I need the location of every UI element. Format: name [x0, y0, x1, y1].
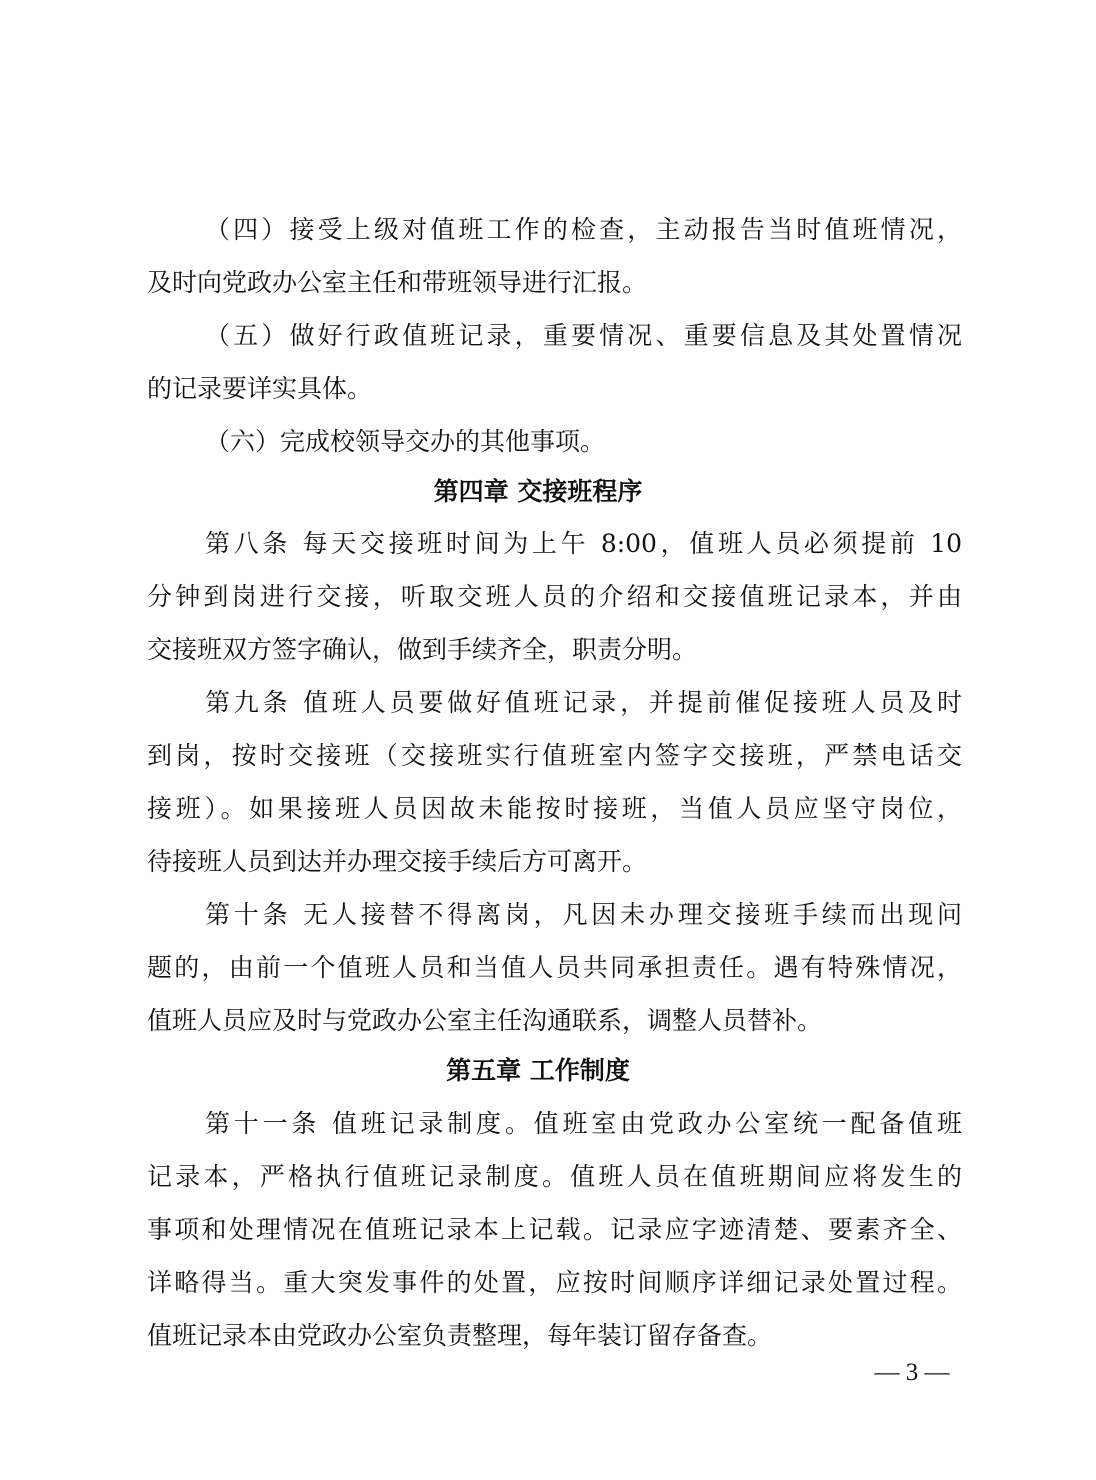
page-number: — 3 —: [852, 1356, 972, 1390]
chapter-heading: 第五章 工作制度: [0, 1054, 1086, 1088]
paragraph-line: 第十一条 值班记录制度。值班室由党政办公室统一配备值班: [205, 1107, 962, 1141]
chapter-heading: 第四章 交接班程序: [0, 475, 1086, 509]
paragraph-line: 第十条 无人接替不得离岗，凡因未办理交接班手续而出现问: [205, 898, 962, 932]
paragraph-line: 的记录要详实具体。: [147, 372, 962, 406]
paragraph-line: 分钟到岗进行交接，听取交班人员的介绍和交接值班记录本，并由: [147, 580, 962, 614]
paragraph-line: 事项和处理情况在值班记录本上记载。记录应字迹清楚、要素齐全、: [147, 1213, 962, 1247]
paragraph-line: （六）完成校领导交办的其他事项。: [205, 425, 962, 459]
paragraph-line: （四）接受上级对值班工作的检查，主动报告当时值班情况，: [205, 213, 962, 247]
paragraph-line: 值班记录本由党政办公室负责整理，每年装订留存备查。: [147, 1319, 962, 1353]
paragraph-line: （五）做好行政值班记录，重要情况、重要信息及其处置情况: [205, 319, 962, 353]
paragraph-line: 及时向党政办公室主任和带班领导进行汇报。: [147, 266, 962, 300]
document-page: （四）接受上级对值班工作的检查，主动报告当时值班情况， 及时向党政办公室主任和带…: [0, 0, 1096, 1480]
paragraph-line: 待接班人员到达并办理交接手续后方可离开。: [147, 845, 962, 879]
paragraph-line: 第八条 每天交接班时间为上午 8:00，值班人员必须提前 10: [205, 527, 962, 561]
paragraph-line: 到岗，按时交接班（交接班实行值班室内签字交接班，严禁电话交: [147, 739, 962, 773]
paragraph-line: 交接班双方签字确认，做到手续齐全，职责分明。: [147, 633, 962, 667]
paragraph-line: 接班）。如果接班人员因故未能按时接班，当值人员应坚守岗位，: [147, 792, 962, 826]
paragraph-line: 第九条 值班人员要做好值班记录，并提前催促接班人员及时: [205, 686, 962, 720]
paragraph-line: 记录本，严格执行值班记录制度。值班人员在值班期间应将发生的: [147, 1160, 962, 1194]
paragraph-line: 详略得当。重大突发事件的处置，应按时间顺序详细记录处置过程。: [147, 1266, 962, 1300]
paragraph-line: 值班人员应及时与党政办公室主任沟通联系，调整人员替补。: [147, 1004, 962, 1038]
paragraph-line: 题的，由前一个值班人员和当值人员共同承担责任。遇有特殊情况，: [147, 951, 962, 985]
